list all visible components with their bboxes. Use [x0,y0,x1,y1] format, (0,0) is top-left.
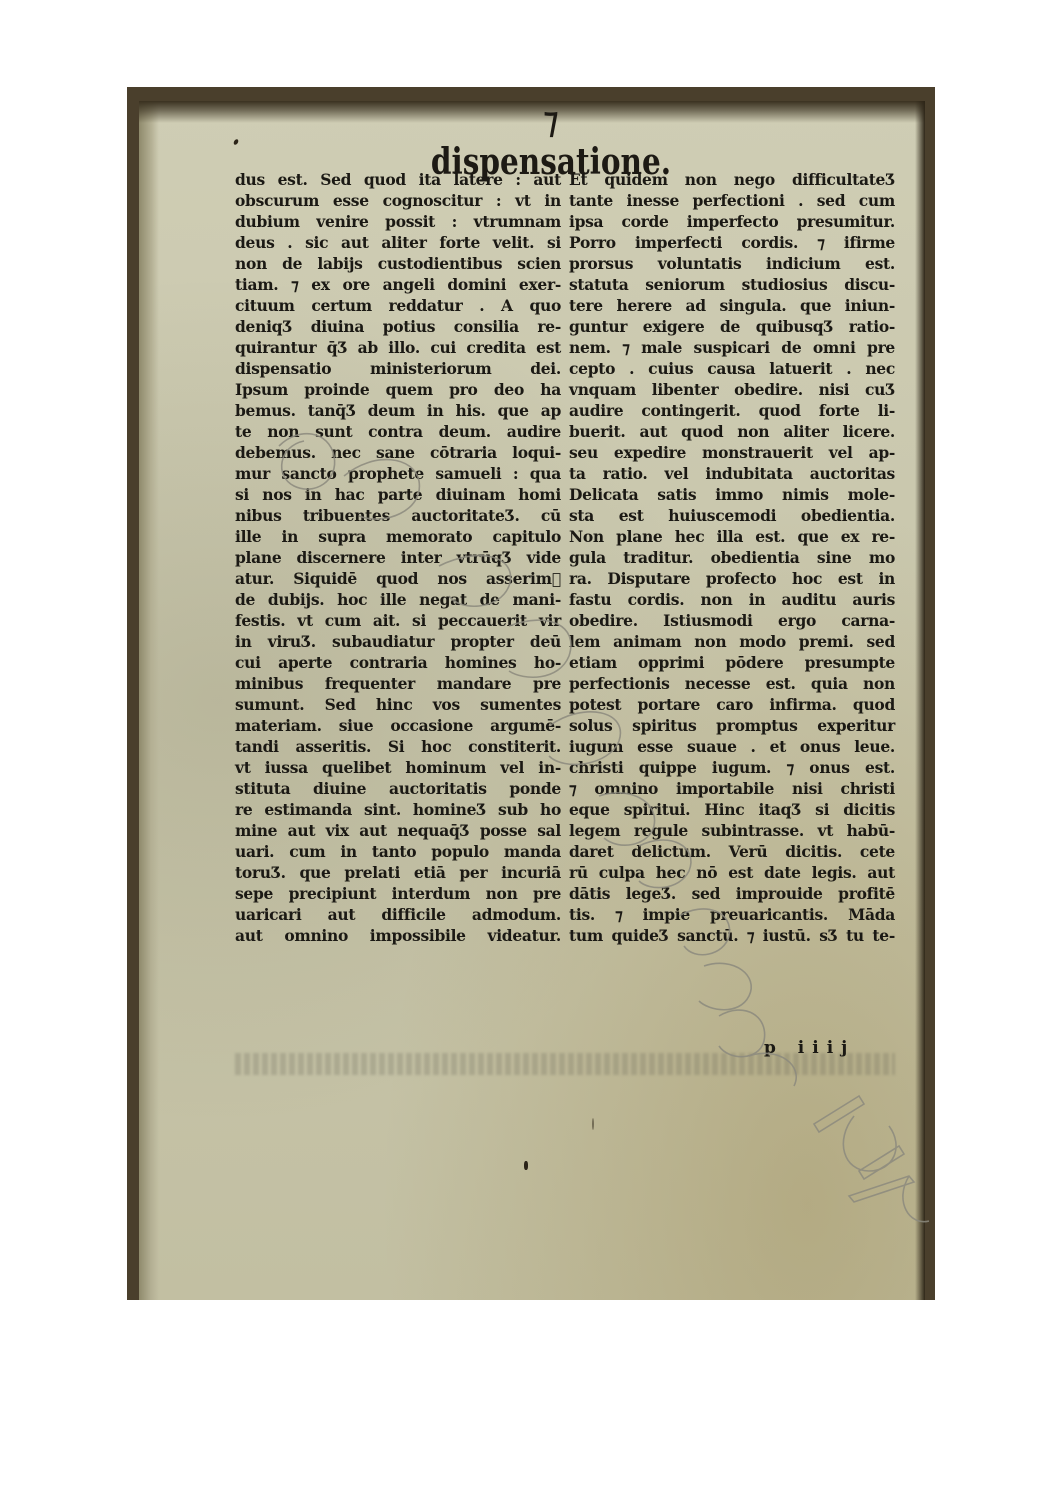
text-line: Et quidem non nego difficultateƷ [569,169,895,190]
ink-speck [592,1118,594,1130]
text-line: audire contingerit. quod forte li- [569,400,895,421]
text-line: tandi asseritis. Si hoc constiterit. [235,736,561,757]
text-line: plane discernere inter vtrūqƷ vide [235,547,561,568]
text-line: dus est. Sed quod ita latere : aut [235,169,561,190]
text-line: nem. ⁊ male suspicari de omni pre [569,337,895,358]
text-line: tante inesse perfectioni . sed cum [569,190,895,211]
text-line: quirantur q̄Ʒ ab illo. cui credita est [235,337,561,358]
text-line: tum quideƷ sanctū. ⁊ iustū. sƷ tu te- [569,925,895,946]
text-line: sepe precipiunt interdum non pre [235,883,561,904]
text-line: daret delictum. Verū dicitis. cete [569,841,895,862]
text-line: mur sancto prophete samueli : qua [235,463,561,484]
right-edge-shadow [915,101,925,1300]
text-line: sumunt. Sed hinc vos sumentes [235,694,561,715]
text-line: obedire. Istiusmodi ergo carna- [569,610,895,631]
text-line: non de labijs custodientibus scien [235,253,561,274]
text-line: ⁊ omnino importabile nisi christi [569,778,895,799]
text-line: prorsus voluntatis indicium est. [569,253,895,274]
text-line: seu expedire monstrauerit vel ap- [569,442,895,463]
right-text-column: Et quidem non nego difficultateƷtante in… [569,169,895,946]
text-line: ipsa corde imperfecto presumitur. [569,211,895,232]
text-line: stituta diuine auctoritatis ponde [235,778,561,799]
text-line: Non plane hec illa est. que ex re- [569,526,895,547]
text-line: bemus. tanq̄Ʒ deum in his. que ap [235,400,561,421]
text-line: uari. cum in tanto populo manda [235,841,561,862]
text-line: uaricari aut difficile admodum. [235,904,561,925]
text-line: tis. ⁊ impie preuaricantis. Māda [569,904,895,925]
text-line: atur. Siquidē quod nos asserim᷒ [235,568,561,589]
text-line: iugum esse suaue . et onus leue. [569,736,895,757]
text-line: in viruƷ. subaudiatur propter deū [235,631,561,652]
text-line: tiam. ⁊ ex ore angeli domini exer- [235,274,561,295]
text-line: ra. Disputare profecto hoc est in [569,568,895,589]
text-line: materiam. siue occasione argumē- [235,715,561,736]
text-line: lem animam non modo premi. sed [569,631,895,652]
text-line: Ipsum proinde quem pro deo ha [235,379,561,400]
text-line: dubium venire possit : vtrumnam [235,211,561,232]
text-line: deniqƷ diuina potius consilia re- [235,316,561,337]
text-line: potest portare caro infirma. quod [569,694,895,715]
text-line: gula traditur. obedientia sine mo [569,547,895,568]
text-line: fastu cordis. non in auditu auris [569,589,895,610]
text-line: christi quippe iugum. ⁊ onus est. [569,757,895,778]
book-page: ⁊ dispensatione. dus est. Sed quod ita l… [139,101,925,1300]
text-line: eque spiritui. Hinc itaqƷ si dicitis [569,799,895,820]
text-line: cituum certum reddatur . A quo [235,295,561,316]
text-line: rū culpa hec nō est date legis. aut [569,862,895,883]
text-line: dispensatio ministeriorum dei. [235,358,561,379]
text-line: vnquam libenter obedire. nisi cuƷ [569,379,895,400]
text-line: Porro imperfecti cordis. ⁊ ifirme [569,232,895,253]
text-line: mine aut vix aut nequaq̄Ʒ posse sal [235,820,561,841]
ink-speck [524,1161,528,1170]
text-line: te non sunt contra deum. audire [235,421,561,442]
text-line: ta ratio. vel indubitata auctoritas [569,463,895,484]
text-line: re estimanda sint. homineƷ sub ho [235,799,561,820]
gutter-shadow [139,101,159,1300]
text-line: buerit. aut quod non aliter licere. [569,421,895,442]
text-line: obscurum esse cognoscitur : vt in [235,190,561,211]
text-line: deus . sic aut aliter forte velit. si [235,232,561,253]
text-line: aut omnino impossibile videatur. [235,925,561,946]
text-line: statuta seniorum studiosius discu- [569,274,895,295]
text-line: toruƷ. que prelati etiā per incuriā [235,862,561,883]
text-line: Delicata satis immo nimis mole- [569,484,895,505]
text-line: nibus tribuentes auctoritateƷ. cū [235,505,561,526]
signature-mark: p iiij [764,1038,855,1058]
text-line: perfectionis necesse est. quia non [569,673,895,694]
text-line: cepto . cuius causa latuerit . nec [569,358,895,379]
text-line: si nos in hac parte diuinam homi [235,484,561,505]
scanned-page-frame: ⁊ dispensatione. dus est. Sed quod ita l… [127,87,935,1300]
text-line: legem regule subintrasse. vt habū- [569,820,895,841]
text-line: minibus frequenter mandare pre [235,673,561,694]
text-line: solus spiritus promptus experitur [569,715,895,736]
left-text-column: dus est. Sed quod ita latere : autobscur… [235,169,561,946]
text-line: etiam opprimi pōdere presumpte [569,652,895,673]
text-line: sta est huiuscemodi obedientia. [569,505,895,526]
ink-speck [233,138,239,145]
text-line: debemus. nec sane cōtraria loqui- [235,442,561,463]
text-line: festis. vt cum ait. si peccauerit vir [235,610,561,631]
text-line: tere herere ad singula. que iniun- [569,295,895,316]
text-line: cui aperte contraria homines ho- [235,652,561,673]
text-line: de dubijs. hoc ille negat de mani- [235,589,561,610]
text-line: ille in supra memorato capitulo [235,526,561,547]
text-line: vt iussa quelibet hominum vel in- [235,757,561,778]
text-line: guntur exigere de quibusqƷ ratio- [569,316,895,337]
text-line: dātis legeƷ. sed improuide profitē [569,883,895,904]
